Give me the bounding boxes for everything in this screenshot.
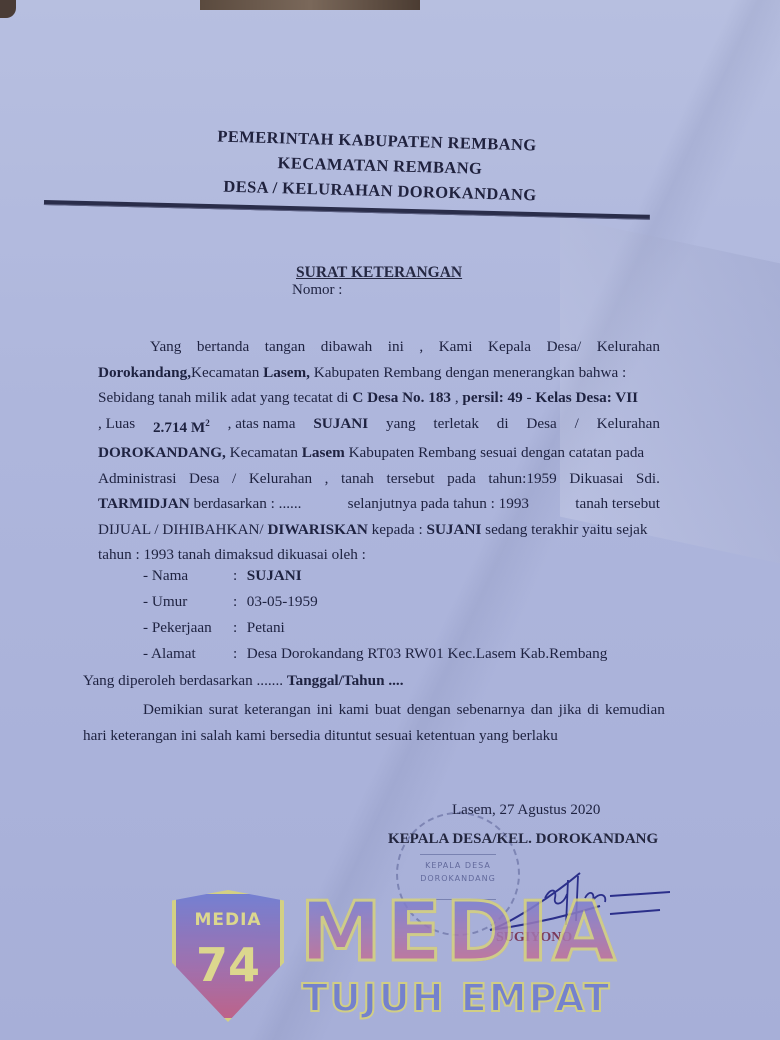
- text: Kabupaten Rembang sesuai dengan catatan …: [345, 444, 644, 461]
- place-date: Lasem, 27 Agustus 2020: [452, 802, 600, 819]
- closing-paragraph: Demikian surat keterangan ini kami buat …: [83, 697, 665, 748]
- letterhead: PEMERINTAH KABUPATEN REMBANG KECAMATAN R…: [200, 128, 560, 203]
- word: Dikuasai: [569, 466, 623, 492]
- word: keterangan: [244, 697, 311, 723]
- word: Desa/: [547, 334, 582, 360]
- text: selanjutnya pada tahun : 1993: [348, 491, 529, 517]
- media-watermark: MEDIA 74 MEDIA TUJUH EMPAT: [166, 886, 636, 1026]
- recipient-name: SUJANI: [427, 521, 482, 538]
- identity-label: - Pekerjaan: [143, 615, 233, 641]
- village-name: DOROKANDANG,: [98, 444, 226, 461]
- word: pada: [447, 466, 476, 492]
- identity-row-umur: - Umur: 03-05-1959: [143, 589, 607, 615]
- body-line-1: Yang bertanda tangan dibawah ini , Kami …: [98, 334, 660, 360]
- shield-text: MEDIA: [176, 910, 280, 930]
- closing-line-2: hari keterangan ini salah kami bersedia …: [83, 723, 665, 749]
- text: berdasarkan : ......: [190, 495, 302, 512]
- word: dibawah: [321, 334, 372, 360]
- document-page: PEMERINTAH KABUPATEN REMBANG KECAMATAN R…: [0, 0, 780, 1040]
- identity-row-pekerjaan: - Pekerjaan: Petani: [143, 615, 607, 641]
- word: Kelurahan: [249, 466, 312, 492]
- persil-number: persil: 49: [462, 389, 522, 406]
- document-title: SURAT KETERANGAN: [296, 264, 462, 282]
- owner-name: SUJANI: [313, 411, 368, 441]
- village-name: Dorokandang,: [98, 364, 191, 381]
- word: Kelurahan: [597, 411, 660, 441]
- word: /: [232, 466, 236, 492]
- text: Yang diperoleh berdasarkan .......: [83, 672, 287, 689]
- word: terletak: [433, 411, 479, 441]
- watermark-subtitle: TUJUH EMPAT: [302, 978, 611, 1018]
- identity-value: Petani: [247, 619, 285, 636]
- text: Kabupaten Rembang dengan menerangkan bah…: [310, 364, 626, 381]
- text: ,: [451, 389, 462, 406]
- word: dan: [531, 697, 553, 723]
- text: Kecamatan: [226, 444, 302, 461]
- colon: :: [233, 615, 243, 641]
- word: ,: [419, 334, 423, 360]
- word: Desa: [526, 411, 556, 441]
- identity-value: SUJANI: [247, 567, 302, 584]
- year: tahun:1959: [488, 466, 556, 492]
- word: di: [497, 411, 509, 441]
- word: tersebut: [386, 466, 434, 492]
- text: -: [523, 389, 536, 406]
- identity-value: 03-05-1959: [247, 593, 318, 610]
- identity-row-nama: - Nama: SUJANI: [143, 563, 607, 589]
- text: Kecamatan: [191, 364, 263, 381]
- body-paragraph: Yang bertanda tangan dibawah ini , Kami …: [98, 334, 660, 568]
- district-name: Lasem: [302, 444, 345, 461]
- text: DIJUAL / DIHIBAHKAN/: [98, 521, 267, 538]
- closing-line-1: Demikian surat keterangan ini kami buat …: [83, 697, 665, 723]
- area-value: 2.714 M: [153, 419, 205, 436]
- word: tangan: [265, 334, 305, 360]
- text: kepada :: [368, 521, 427, 538]
- word: kemudian: [605, 697, 665, 723]
- text: sedang terakhir yaitu sejak: [481, 521, 647, 538]
- word: sebenarnya: [457, 697, 525, 723]
- colon: :: [233, 563, 243, 589]
- word: jika: [559, 697, 582, 723]
- word: surat: [209, 697, 239, 723]
- word: /: [575, 411, 579, 441]
- text: Sebidang tanah milik adat yang tecatat d…: [98, 389, 352, 406]
- text: , Luas: [98, 411, 135, 441]
- text: tanah tersebut: [575, 491, 660, 517]
- text: Tanggal/Tahun ....: [287, 672, 404, 689]
- watermark-title: MEDIA: [300, 892, 620, 974]
- body-line-6: Administrasi Desa / Kelurahan , tanah te…: [98, 466, 660, 492]
- word: Desa: [189, 466, 219, 492]
- colon: :: [233, 641, 243, 667]
- word: Kami: [439, 334, 473, 360]
- body-line-3: Sebidang tanah milik adat yang tecatat d…: [98, 385, 660, 411]
- document-number: Nomor :: [292, 282, 342, 299]
- word: Sdi.: [636, 466, 660, 492]
- word: dengan: [407, 697, 451, 723]
- word: bertanda: [197, 334, 249, 360]
- signatory-position: KEPALA DESA/KEL. DOROKANDANG: [388, 831, 658, 848]
- district-name: Lasem,: [263, 364, 310, 381]
- c-desa-number: C Desa No. 183: [352, 389, 451, 406]
- word: yang: [386, 411, 416, 441]
- transfer-type: DIWARISKAN: [267, 521, 367, 538]
- word: ,: [325, 466, 329, 492]
- word: Yang: [150, 334, 181, 360]
- body-line-2: Dorokandang,Kecamatan Lasem, Kabupaten R…: [98, 360, 660, 386]
- body-line-5: DOROKANDANG, Kecamatan Lasem Kabupaten R…: [98, 440, 660, 466]
- identity-label: - Nama: [143, 563, 233, 589]
- text: , atas nama: [228, 411, 296, 441]
- word: tanah: [341, 466, 374, 492]
- word: ini: [317, 697, 333, 723]
- body-line-8: DIJUAL / DIHIBAHKAN/ DIWARISKAN kepada :…: [98, 517, 660, 543]
- word: Demikian: [143, 697, 203, 723]
- area-unit-exp: 2: [205, 418, 210, 428]
- identity-row-alamat: - Alamat: Desa Dorokandang RT03 RW01 Kec…: [143, 641, 607, 667]
- word: buat: [375, 697, 401, 723]
- word: Administrasi: [98, 466, 176, 492]
- word: di: [587, 697, 599, 723]
- obtained-basis: Yang diperoleh berdasarkan ....... Tangg…: [83, 672, 404, 690]
- colon: :: [233, 589, 243, 615]
- identity-value: Desa Dorokandang RT03 RW01 Kec.Lasem Kab…: [247, 645, 608, 662]
- previous-owner: TARMIDJAN: [98, 495, 190, 512]
- word: Kepala: [488, 334, 531, 360]
- shield-logo-icon: MEDIA 74: [172, 890, 284, 1022]
- body-line-4: , Luas 2.714 M2 , atas nama SUJANI yang …: [98, 411, 660, 441]
- land-area: 2.714 M2: [153, 411, 210, 441]
- identity-label: - Alamat: [143, 641, 233, 667]
- kelas-desa: Kelas Desa: VII: [535, 389, 638, 406]
- identity-list: - Nama: SUJANI - Umur: 03-05-1959 - Peke…: [143, 563, 607, 667]
- identity-label: - Umur: [143, 589, 233, 615]
- shield-number: 74: [176, 938, 280, 992]
- word: Kelurahan: [597, 334, 660, 360]
- word: ini: [388, 334, 404, 360]
- word: kami: [339, 697, 369, 723]
- body-line-7: TARMIDJAN berdasarkan : ...... selanjutn…: [98, 491, 660, 517]
